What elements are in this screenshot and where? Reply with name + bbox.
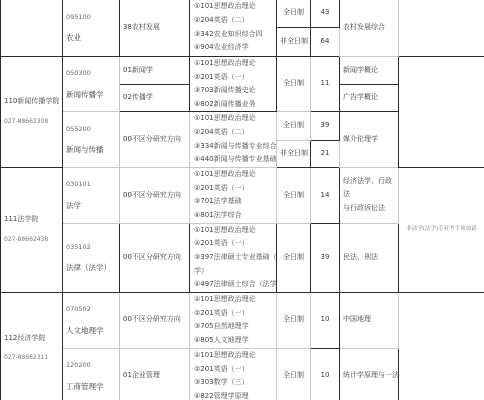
exam-subjects-cell: ①101思想政治理论 ②201英语（一） ③703新闻传播史论 ④802新闻传播… [190,57,277,112]
college-cell [1,0,63,57]
subject: ③705自然地理学 [194,320,273,334]
major-name: 农业 [66,31,116,45]
notes-cell [399,57,484,168]
major-cell: 050300 新闻传播学 [63,57,120,112]
major-code: 030101 [66,178,116,192]
direction-cell: 01企业管理 [120,348,190,400]
subject: ④822管理学原理 [194,390,273,400]
study-mode: 全日制 [277,112,311,140]
quota: 21 [311,140,340,167]
study-mode: 全日制 [277,57,311,112]
study-mode: 全日制 [277,348,311,400]
quota: 64 [311,28,340,57]
supplementary-test: 新闻学概论 [340,57,399,85]
subject: ④497法律硕士综合（法学） [194,278,273,292]
admissions-table: 095100 农业 38农村发展 ①101思想政治理论 ②204英语（二） ③3… [0,0,484,400]
college-cell: 112经济学院 027-88662311 [1,292,63,400]
subject: ④440新闻与传播专业基础 [194,153,273,167]
subject: ①101思想政治理论 [194,224,273,238]
college-name: 110新闻传播学院 [4,97,59,105]
supplementary-test: 媒介伦理学 [340,112,399,167]
subject: ①101思想政治理论 [194,0,273,14]
exam-subjects-cell: ①101思想政治理论 ②201英语（一） ③701法学基础 ④801法学综合 [190,167,277,223]
subject: ②204英语（二） [194,126,273,140]
study-mode: 全日制 [277,292,311,348]
supplementary-test: 民法、刑法 [340,223,399,292]
college-name: 111法学院 [4,215,38,223]
major-name: 新闻与传播 [66,143,116,157]
direction-cell: 00不区分研究方向 [120,167,190,223]
exam-subjects-cell: ①101思想政治理论 ②204英语（二） ③342农业知识综合四 ④904农业经… [190,0,277,57]
subject: ④904农业经济学 [194,41,273,55]
major-cell: 030101 法学 [63,167,120,223]
notes-cell [399,292,484,400]
subject: ④801法学综合 [194,209,273,223]
admissions-catalog: 095100 农业 38农村发展 ①101思想政治理论 ②204英语（二） ③3… [0,0,484,400]
subject: 学） [194,265,273,279]
subject: ③334新闻与传播专业综合能力 [194,140,273,154]
major-code: 035102 [66,241,116,255]
direction-cell: 00不区分研究方向 [120,112,190,167]
college-phone: 027-88662438 [4,233,59,247]
subject: ③701法学基础 [194,195,273,209]
direction-cell: 38农村发展 [120,0,190,57]
major-code: 095100 [66,11,116,25]
subject: ②201英语（一） [194,237,273,251]
subject: ①101思想政治理论 [194,57,273,71]
supplementary-line: 与行政诉讼法 [343,202,395,216]
supplementary-test: 农村发展综合 [340,0,399,57]
direction-cell: 00不区分研究方向 [120,292,190,348]
subject: ②201英语（一） [194,363,273,377]
quota: 43 [311,0,340,28]
major-name: 新闻传播学 [66,88,116,102]
direction-cell: 00不区分研究方向 [120,223,190,292]
major-cell: 120200 工商管理学 [63,348,120,400]
direction-cell: 01新闻学 [120,57,190,85]
subject: ④805人文地理学 [194,334,273,348]
major-cell: 070502 人文地理学 [63,292,120,348]
subject: ③303数学（三） [194,376,273,390]
quota: 14 [311,167,340,223]
notes-cell: 非法学(法学)专业考生须加试 [399,167,484,292]
subject: ③703新闻传播史论 [194,84,273,98]
subject: ③342农业知识综合四 [194,28,273,42]
study-mode: 全日制 [277,223,311,292]
major-cell: 055200 新闻与传播 [63,112,120,167]
major-code: 055200 [66,123,116,137]
exam-subjects-cell: ①101思想政治理论 ②201英语（一） ③303数学（三） ④822管理学原理 [190,348,277,400]
supplementary-line: 经济法学、行政法 [343,175,395,202]
major-code: 070502 [66,303,116,317]
study-mode: 非全日制 [277,28,311,57]
subject: ②201英语（一） [194,182,273,196]
college-name: 112经济学院 [4,334,45,342]
major-cell: 095100 农业 [63,0,120,57]
quota: 11 [311,57,340,112]
college-phone: 027-88662308 [4,115,59,129]
quota: 10 [311,292,340,348]
quota: 10 [311,348,340,400]
major-name: 工商管理学 [66,380,116,394]
exam-subjects-cell: ①101思想政治理论 ②201英语（一） ③397法律硕士专业基础（法 学） ④… [190,223,277,292]
direction-cell: 02传播学 [120,84,190,112]
college-cell: 111法学院 027-88662438 [1,167,63,292]
subject: ①101思想政治理论 [194,168,273,182]
exam-subjects-cell: ①101思想政治理论 ②204英语（二） ③334新闻与传播专业综合能力 ④44… [190,112,277,167]
major-name: 法律（法学） [66,261,116,275]
subject: ②201英语（一） [194,71,273,85]
subject: ①101思想政治理论 [194,349,273,363]
subject: ④802新闻传播业务 [194,98,273,112]
exam-subjects-cell: ①101思想政治理论 ②201英语（一） ③705自然地理学 ④805人文地理学 [190,292,277,348]
college-phone: 027-88662311 [4,351,59,365]
subject: ③397法律硕士专业基础（法 [194,251,273,265]
quota: 39 [311,223,340,292]
major-name: 人文地理学 [66,324,116,338]
major-cell: 035102 法律（法学） [63,223,120,292]
supplementary-test: 广告学概论 [340,84,399,112]
subject: ②201英语（一） [194,307,273,321]
college-cell: 110新闻传播学院 027-88662308 [1,57,63,168]
quota: 39 [311,112,340,140]
subject: ①101思想政治理论 [194,112,273,126]
major-code: 120200 [66,359,116,373]
notes-cell [399,0,484,57]
major-code: 050300 [66,67,116,81]
subject: ②204英语（二） [194,14,273,28]
subject: ①101思想政治理论 [194,293,273,307]
supplementary-test: 中国地理 [340,292,399,348]
study-mode: 全日制 [277,167,311,223]
major-name: 法学 [66,199,116,213]
supplementary-test: 统计学原理与一法 [340,348,399,400]
study-mode: 全日制 [277,0,311,28]
study-mode: 非全日制 [277,140,311,167]
supplementary-test: 经济法学、行政法 与行政诉讼法 [340,167,399,223]
